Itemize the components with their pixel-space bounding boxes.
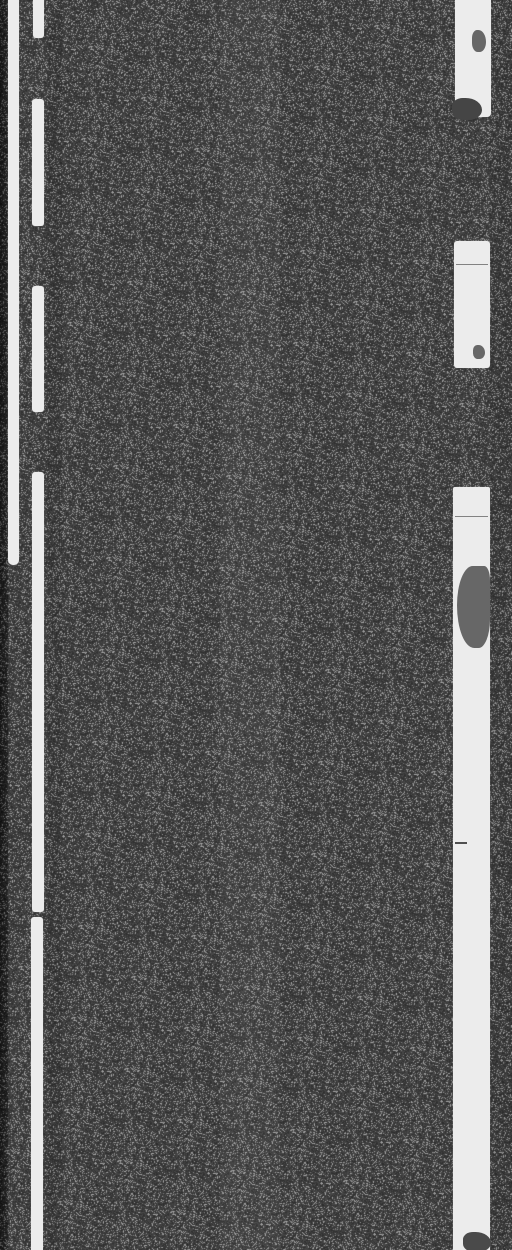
asphalt-texture — [0, 0, 512, 1250]
left-solid-line-lower — [31, 917, 43, 1250]
worn-patch — [463, 1232, 491, 1250]
worn-patch — [472, 30, 486, 52]
left-solid-line-upper — [32, 472, 44, 912]
right-dash-2 — [454, 241, 490, 368]
left-dash-2 — [32, 99, 44, 226]
worn-patch — [452, 98, 482, 120]
worn-patch — [457, 566, 490, 648]
left-edge-solid-line — [8, 0, 19, 565]
left-dash-3 — [32, 286, 44, 412]
left-dash-1 — [33, 0, 44, 38]
crack — [456, 264, 488, 265]
road-surface — [0, 0, 512, 1250]
crack — [455, 842, 467, 844]
worn-patch — [473, 345, 485, 359]
crack — [455, 516, 488, 517]
